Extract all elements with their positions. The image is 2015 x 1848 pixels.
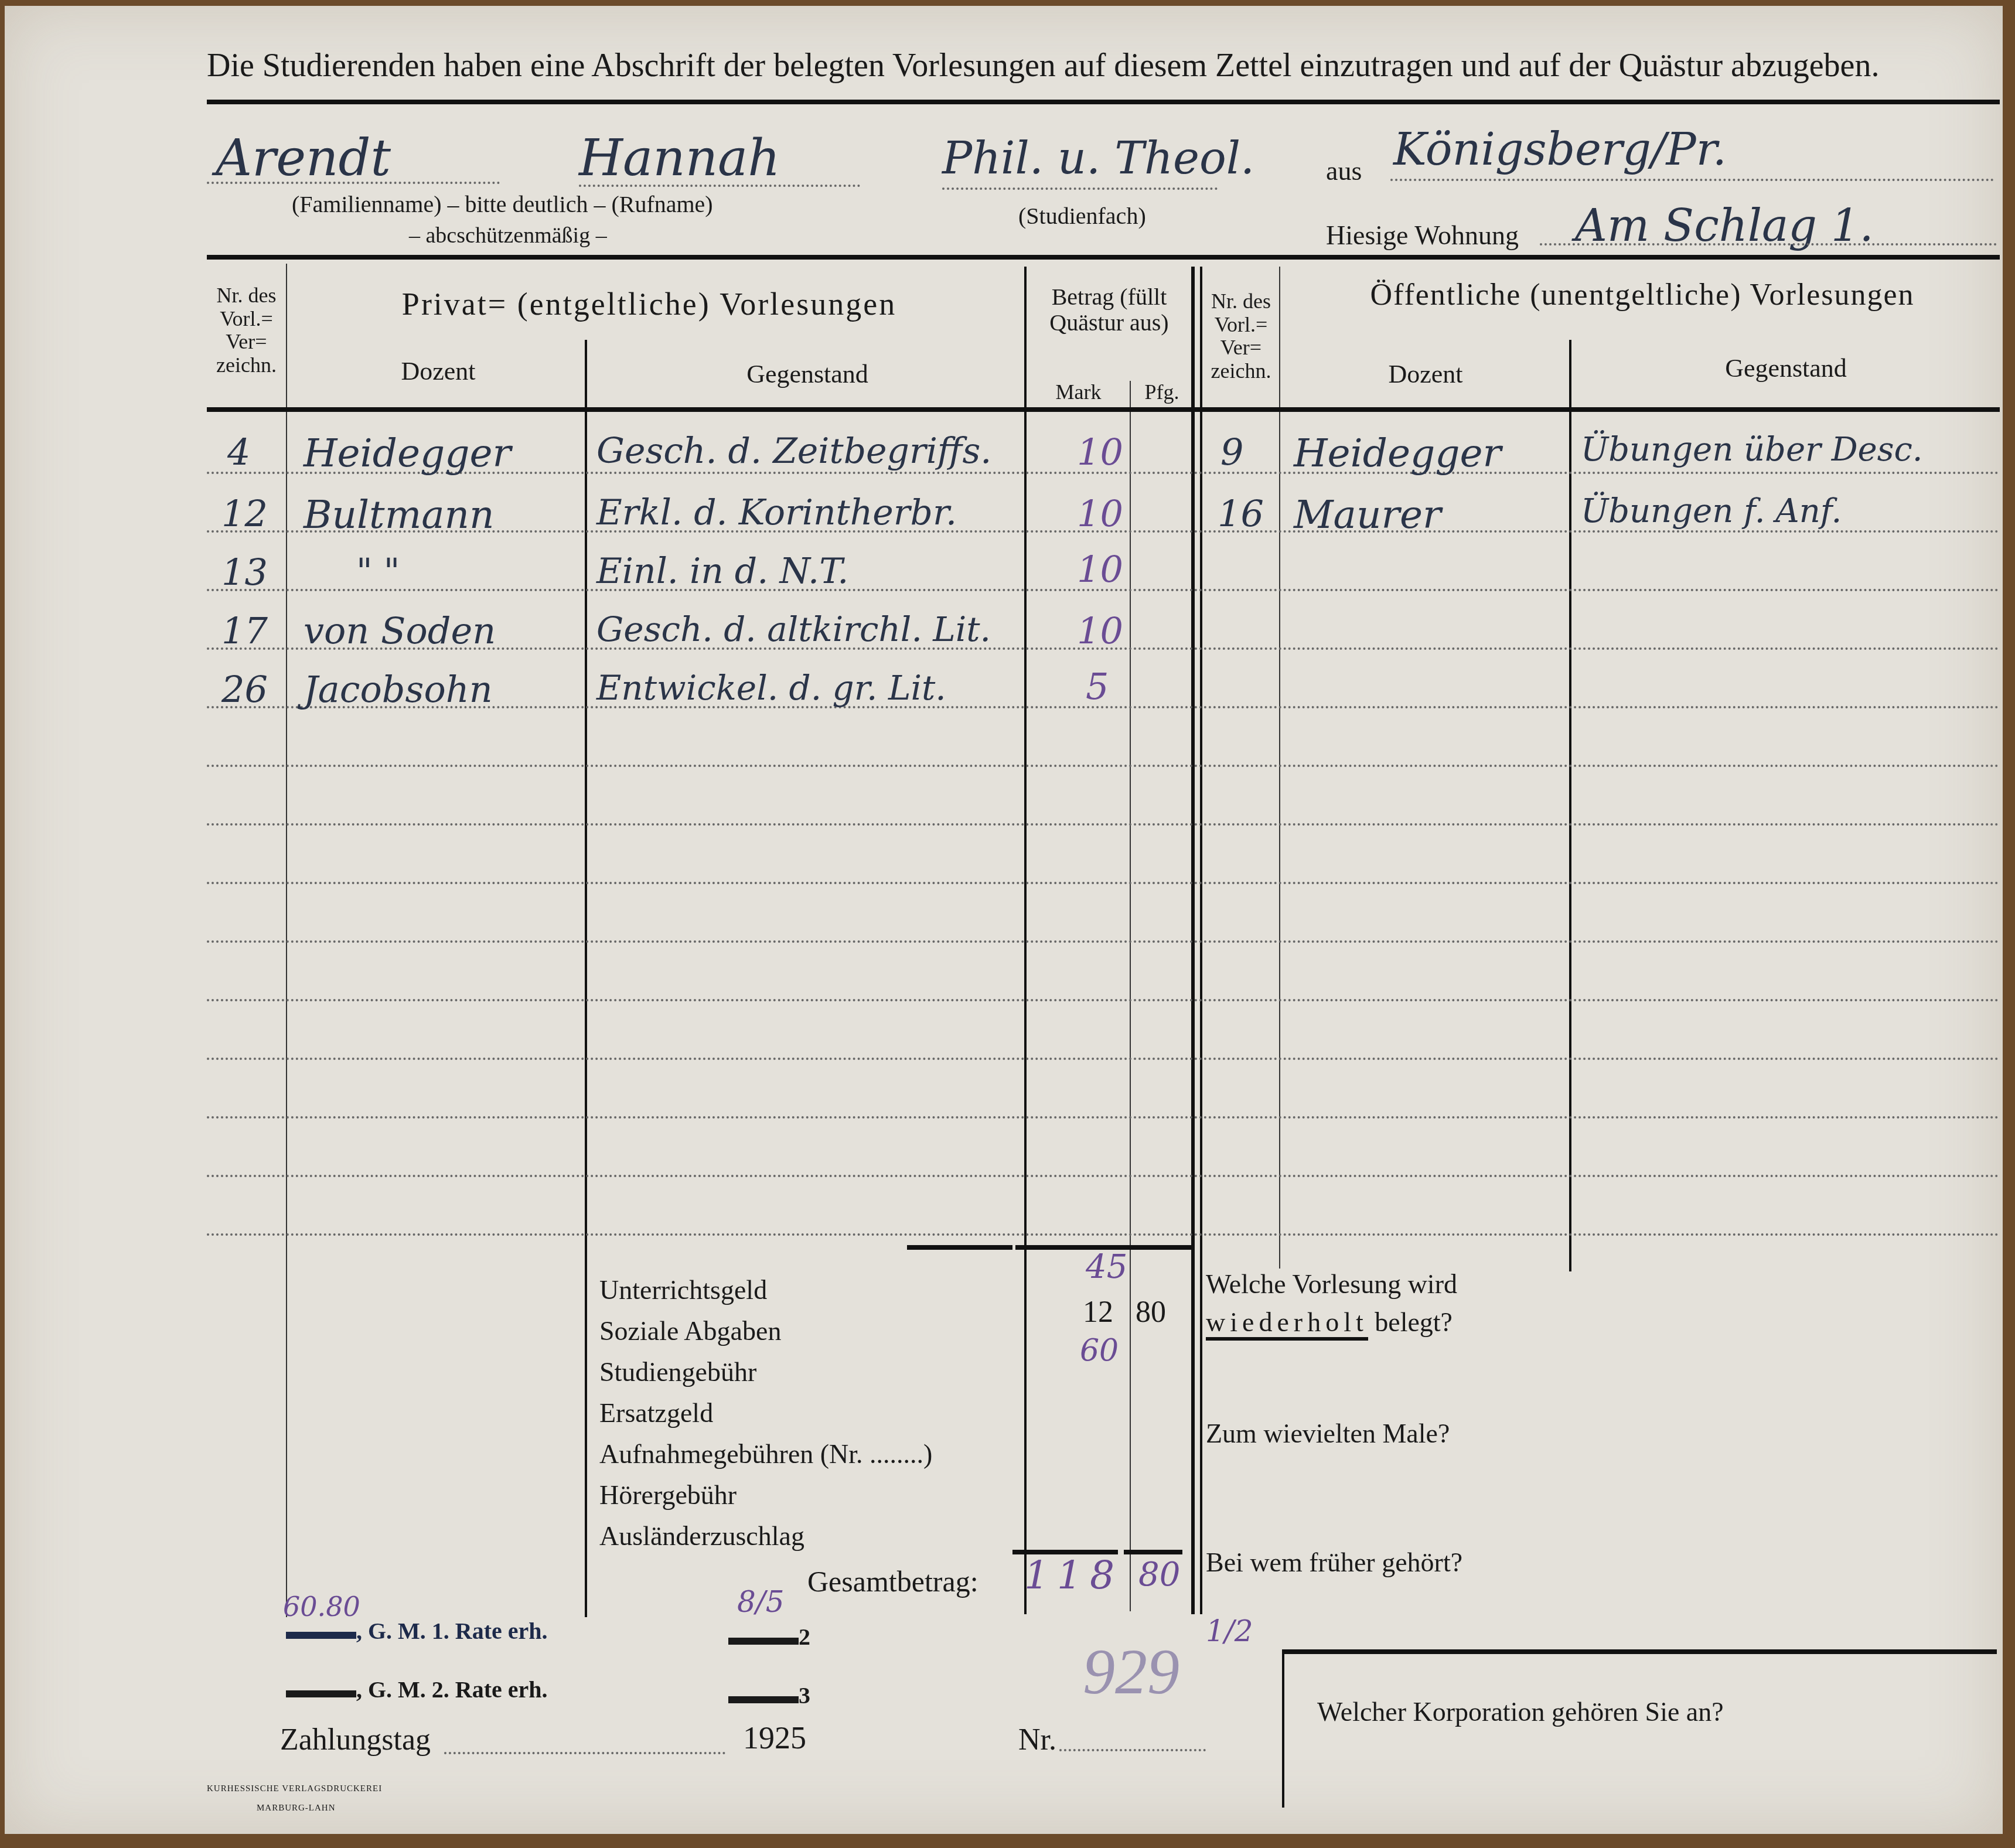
rate2-suffix-num: 3 [799,1682,810,1709]
row-gegenstand: Gesch. d. Zeitbegriffs. [596,431,991,472]
subject-value[interactable]: Phil. u. Theol. [942,132,1254,184]
rate2-stamp: ▬▬▬, G. M. 2. Rate erh. [286,1676,548,1703]
residence-label: Hiesige Wohnung [1326,220,1519,251]
fee-label-aufnahme: Aufnahmegebühren (Nr. ........) [599,1438,932,1469]
rate1-suffix-num: 2 [799,1624,810,1650]
from-label: aus [1326,155,1362,186]
row-dozent: " " [356,551,400,592]
nr-value: 929 [1083,1635,1179,1709]
residence-line [1540,243,1997,246]
row-mark: 5 [1086,665,1109,708]
private-dozent-header: Dozent [292,357,585,386]
family-name-value[interactable]: Arendt [216,129,391,187]
rate1-stamp: ▬▬▬, G. M. 1. Rate erh. [286,1617,548,1645]
question-previous: Bei wem früher gehört? [1206,1547,1462,1578]
nr-label: Nr. [1018,1723,1056,1757]
row-dozent: Maurer [1294,492,1441,537]
mark-header: Mark [1027,381,1130,404]
question-repeat-line2: wiederholt belegt? [1206,1307,1453,1338]
divider [907,1245,1012,1250]
divider [207,100,2000,104]
row-dozent: Heidegger [304,431,511,476]
box-left [1282,1649,1284,1808]
question-repeat-rest: belegt? [1375,1307,1453,1337]
nr-line [1059,1749,1206,1751]
row-nr: 9 [1220,431,1243,473]
row-nr: 26 [221,668,268,711]
betrag-header: Betrag (füllt Quästur aus) [1030,284,1188,336]
row-mark: 10 [1077,548,1123,591]
rate2-suffix: ▬▬▬3 [728,1682,810,1709]
name-caption: (Familienname) – bitte deutlich – (Rufna… [292,190,713,218]
row-dozent: Jacobsohn [304,668,493,711]
row-line [207,1116,2000,1119]
zahlungstag-line [444,1752,725,1754]
rate1-date: 8/5 [737,1585,784,1619]
divider [207,255,2000,260]
form-instruction: Die Studierenden haben eine Abschrift de… [207,47,1879,84]
row-nr: 4 [227,431,250,473]
row-line [207,765,2000,767]
row-line [207,1233,2000,1236]
from-line [1390,179,1994,181]
fee-mark-studiengebuehr: 60 [1080,1333,1119,1368]
header-divider [207,407,2000,412]
public-dozent-header: Dozent [1282,360,1569,388]
fee-label-studiengebuehr: Studiengebühr [599,1356,756,1387]
row-line [207,940,2000,943]
private-gegenstand-header: Gegenstand [591,360,1024,388]
rate2-label: , G. M. 2. Rate erh. [356,1676,548,1703]
row-nr: 16 [1218,492,1264,535]
question-times: Zum wievielten Male? [1206,1418,1450,1449]
nr-extra: 1/2 [1206,1614,1253,1648]
from-value[interactable]: Königsberg/Pr. [1393,123,1727,175]
col-divider [1569,340,1571,1271]
private-title: Privat= (entgeltliche) Vorlesungen [309,287,989,322]
row-gegenstand: Übungen f. Anf. [1581,492,1842,530]
fee-label-unterrichtsgeld: Unterrichtsgeld [599,1274,767,1305]
row-line [207,1058,2000,1060]
row-dozent: Heidegger [1294,431,1501,476]
subject-line [942,187,1218,190]
given-name-value[interactable]: Hannah [579,129,780,187]
fee-label-ersatzgeld: Ersatzgeld [599,1397,713,1428]
enrollment-form: Die Studierenden haben eine Abschrift de… [5,6,2003,1834]
private-nr-header: Nr. des Vorl.= Ver= zeichn. [207,284,286,377]
col-divider [1130,381,1131,1611]
fee-label-hoerer: Hörergebühr [599,1479,737,1511]
row-mark: 10 [1077,431,1123,473]
total-label: Gesamtbetrag: [807,1564,978,1598]
row-nr: 17 [221,609,268,652]
given-name-line [579,185,860,187]
question-repeat-line1: Welche Vorlesung wird [1206,1269,1457,1300]
fee-label-auslaender: Ausländerzuschlag [599,1520,804,1552]
printer-line1: KURHESSISCHE VERLAGSDRUCKEREI [207,1784,382,1794]
public-gegenstand-header: Gegenstand [1575,354,1997,383]
row-line [207,823,2000,826]
wiederholt-underlined: wiederholt [1206,1307,1368,1341]
row-mark: 10 [1077,609,1123,652]
row-line [207,1175,2000,1177]
row-gegenstand: Einl. in d. N.T. [596,551,848,592]
box-top [1282,1649,1997,1654]
row-gegenstand: Gesch. d. altkirchl. Lit. [596,609,991,649]
rate1-suffix: ▬▬▬2 [728,1623,810,1651]
fee-label-soziale: Soziale Abgaben [599,1315,781,1346]
row-line [207,882,2000,884]
row-dozent: von Soden [304,609,496,652]
row-dozent: Bultmann [304,492,495,537]
printer-line2: MARBURG-LAHN [257,1803,336,1813]
fee-pfg-soziale: 80 [1136,1295,1166,1329]
rate1-label: , G. M. 1. Rate erh. [356,1618,548,1644]
total-pfg: 80 [1138,1556,1180,1594]
row-gegenstand: Übungen über Desc. [1581,431,1923,469]
row-nr: 13 [221,551,268,594]
family-name-line [207,182,500,184]
year: 1925 [743,1720,806,1756]
public-nr-header: Nr. des Vorl.= Ver= zeichn. [1203,290,1279,383]
zahlungstag-label: Zahlungstag [280,1723,431,1757]
subject-caption: (Studienfach) [1018,202,1146,230]
name-caption-2: – abcschützenmäßig – [409,223,607,248]
fee-mark-soziale: 12 [1083,1295,1113,1329]
divider [1124,1550,1182,1554]
fee-mark-unterrichtsgeld: 45 [1086,1248,1127,1286]
question-korporation: Welcher Korporation gehören Sie an? [1317,1696,1724,1727]
pfg-header: Pfg. [1133,381,1191,404]
total-mark: 118 [1024,1553,1123,1598]
public-title: Öffentliche (unentgeltliche) Vorlesungen [1288,278,1997,312]
row-mark: 10 [1077,492,1123,535]
row-gegenstand: Erkl. d. Korintherbr. [596,492,957,533]
row-gegenstand: Entwickel. d. gr. Lit. [596,668,946,708]
row-line [207,999,2000,1001]
row-nr: 12 [221,492,268,535]
